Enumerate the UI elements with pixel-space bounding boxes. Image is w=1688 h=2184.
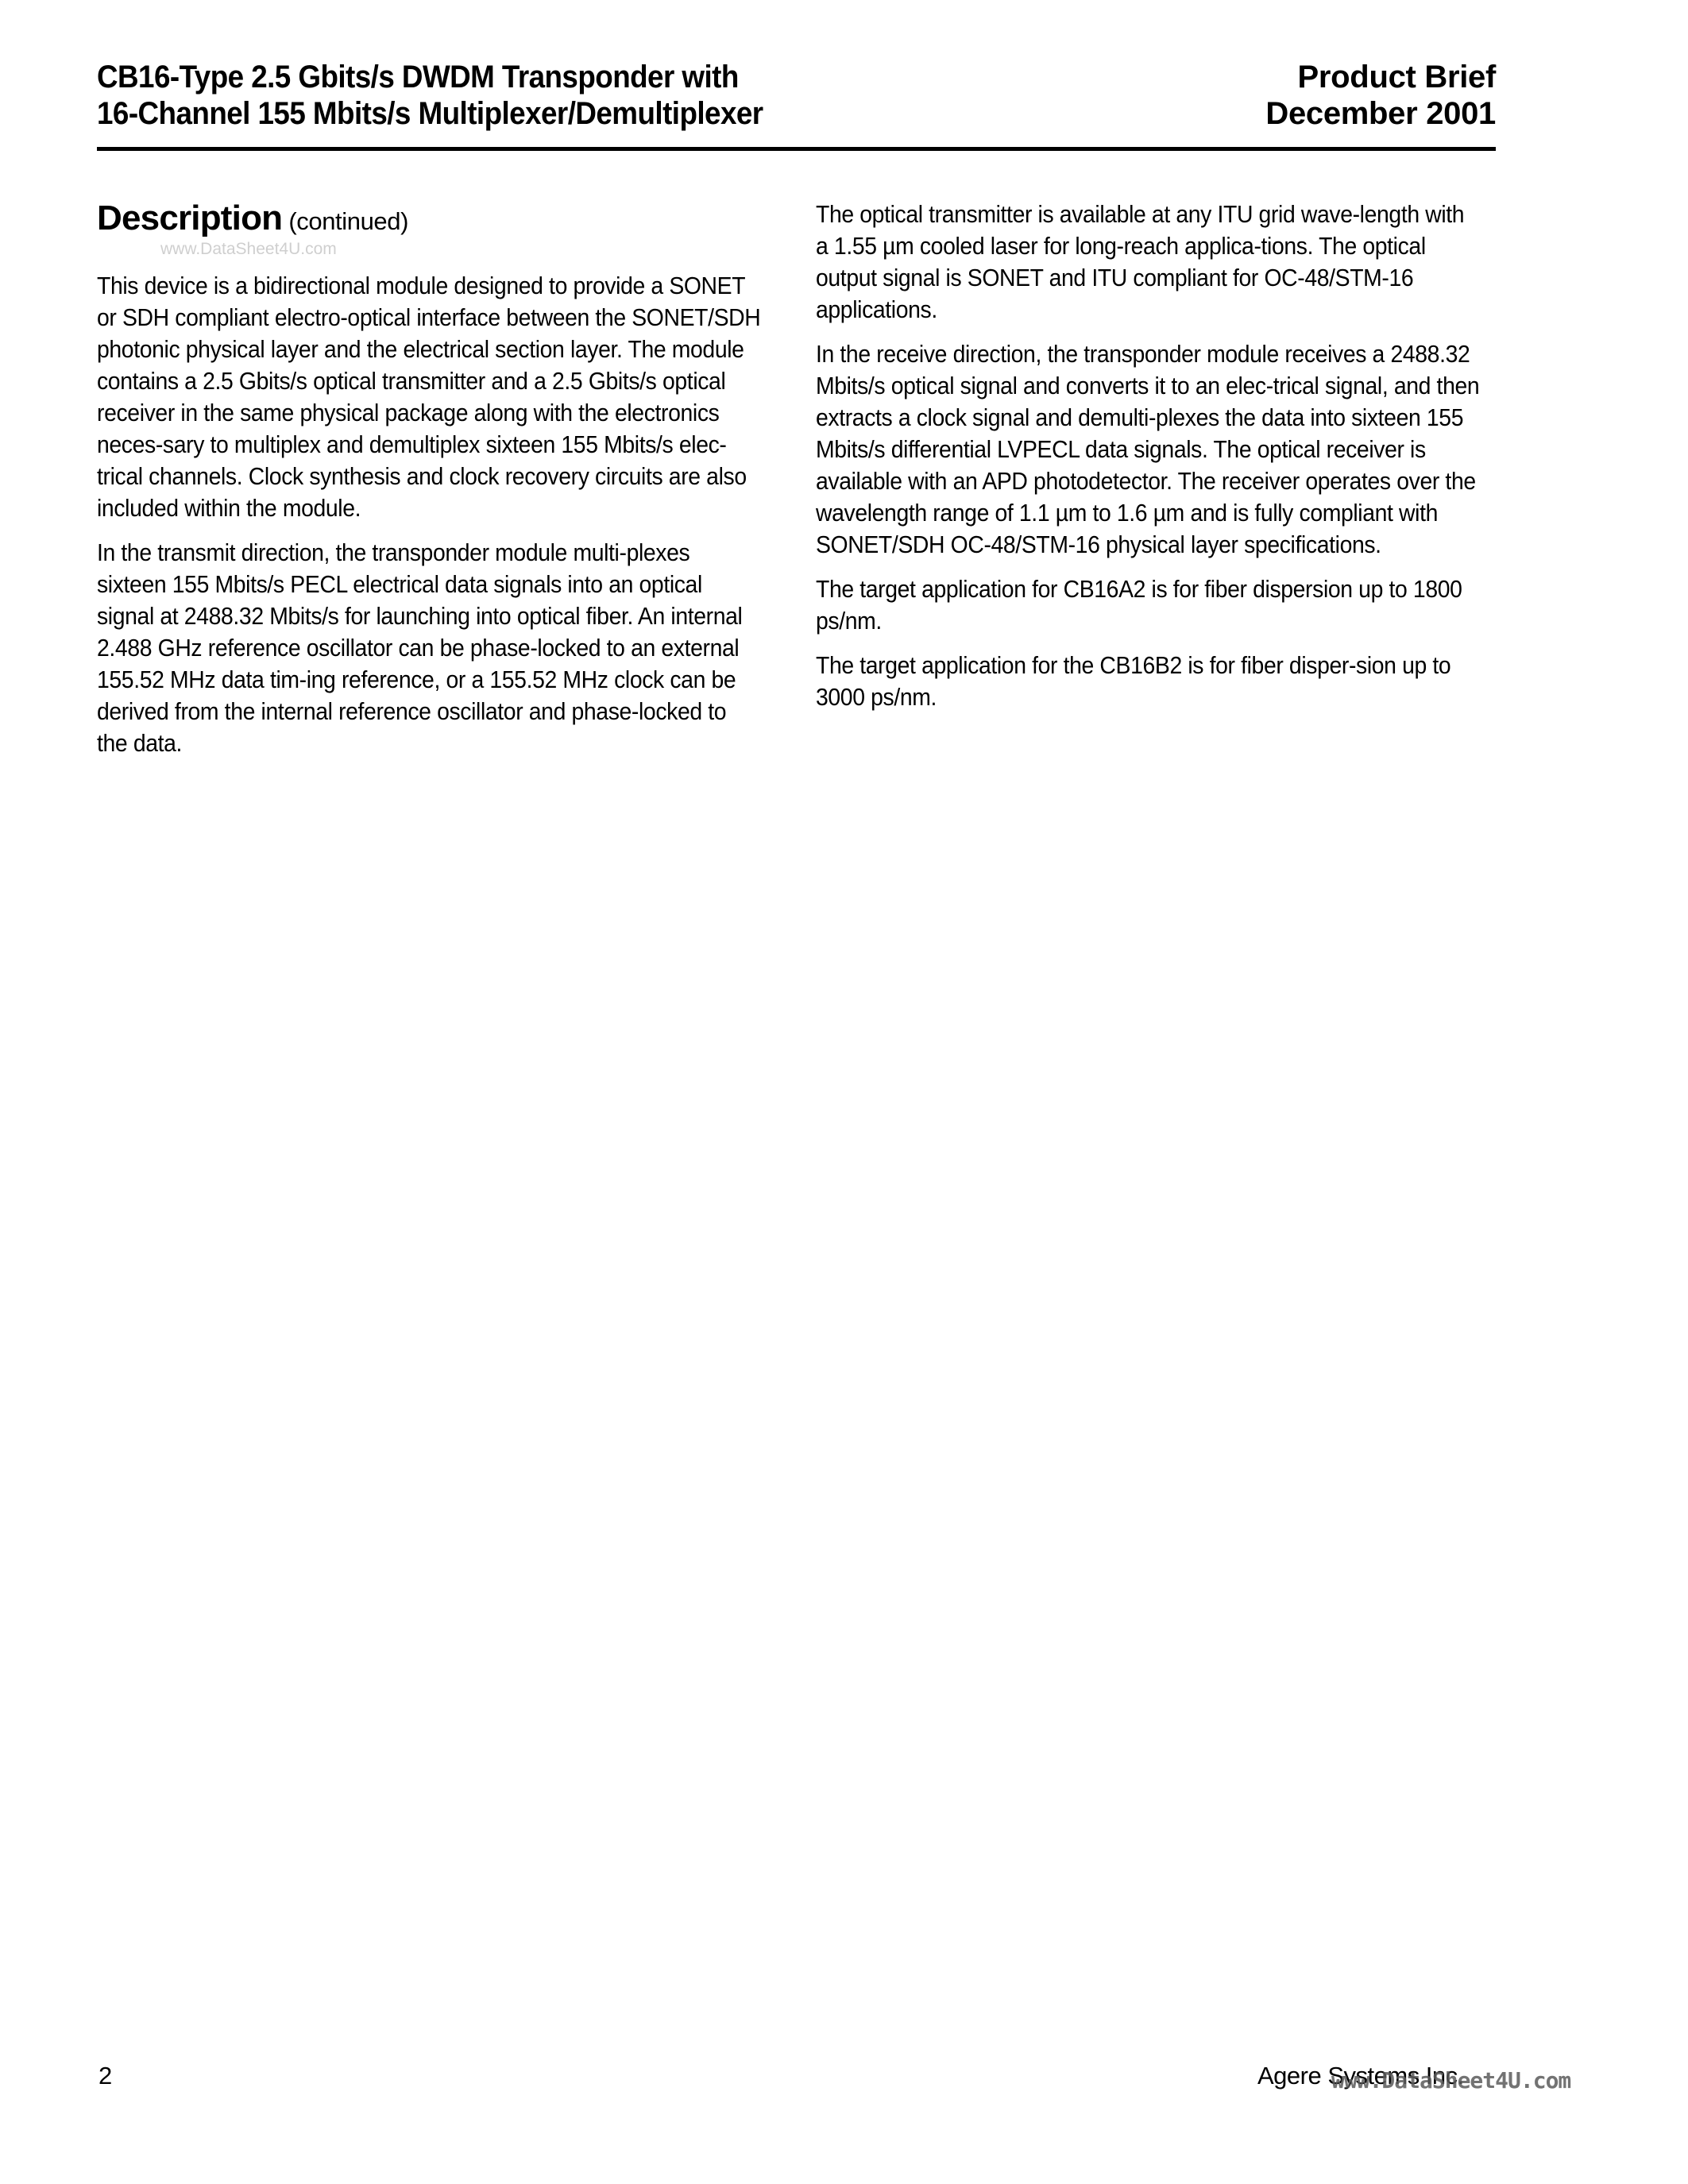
header-divider xyxy=(97,147,1496,151)
document-date: December 2001 xyxy=(1265,95,1496,132)
paragraph: The optical transmitter is available at … xyxy=(816,199,1481,326)
section-title: Description xyxy=(97,199,282,237)
title-line-2: 16-Channel 155 Mbits/s Multiplexer/Demul… xyxy=(97,95,763,132)
section-heading: Description (continued) www.DataSheet4U.… xyxy=(97,199,764,259)
paragraph: The target application for the CB16B2 is… xyxy=(816,650,1481,713)
footer-watermark-link[interactable]: www.DataSheet4U.com xyxy=(1331,2067,1570,2093)
page-number: 2 xyxy=(98,2062,112,2090)
paragraph: In the receive direction, the transponde… xyxy=(816,338,1481,561)
section-subtitle: (continued) xyxy=(288,207,408,235)
document-type: Product Brief xyxy=(1265,59,1496,95)
watermark-link[interactable]: www.DataSheet4U.com xyxy=(160,233,337,265)
paragraph: The target application for CB16A2 is for… xyxy=(816,573,1481,637)
page-header: CB16-Type 2.5 Gbits/s DWDM Transponder w… xyxy=(97,59,1496,132)
document-meta: Product Brief December 2001 xyxy=(1265,59,1496,132)
paragraph: In the transmit direction, the transpond… xyxy=(97,537,762,759)
left-column: Description (continued) www.DataSheet4U.… xyxy=(97,199,764,772)
right-column: The optical transmitter is available at … xyxy=(816,199,1483,726)
title-line-1: CB16-Type 2.5 Gbits/s DWDM Transponder w… xyxy=(97,59,763,95)
paragraph: This device is a bidirectional module de… xyxy=(97,270,762,524)
document-title: CB16-Type 2.5 Gbits/s DWDM Transponder w… xyxy=(97,59,763,132)
